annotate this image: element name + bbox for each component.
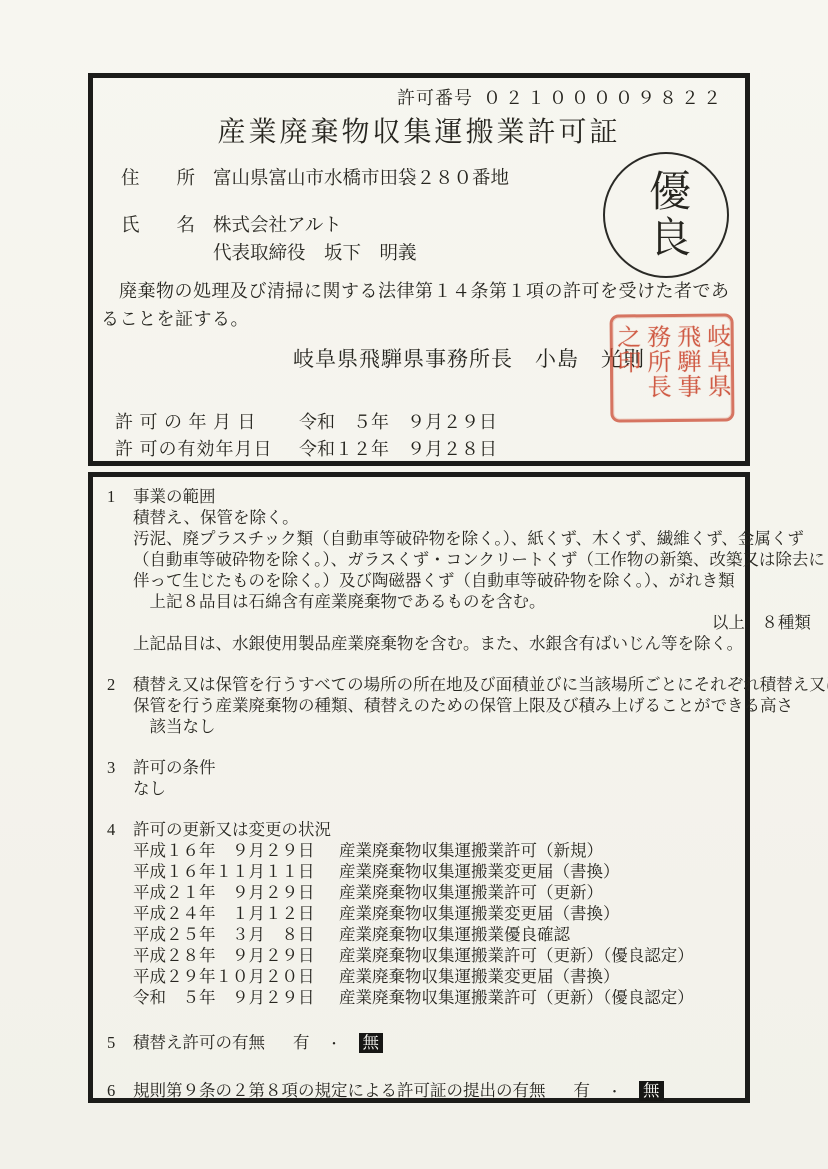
name-label: 氏 名 [121, 211, 213, 237]
excellent-stamp-text: 優良 [645, 169, 687, 261]
history-event: 産業廃棄物収集運搬業許可（更新）（優良認定） [339, 945, 694, 966]
history-row: 平成１６年１１月１１日 産業廃棄物収集運搬業変更届（書換） [133, 861, 729, 882]
section-permit-conditions: 3 許可の条件 なし [107, 757, 729, 799]
history-date: 平成２４年 １月１２日 [133, 903, 339, 924]
section-number: 4 [107, 819, 133, 1008]
history-date: 令和 ５年 ９月２９日 [133, 987, 339, 1008]
option-separator: ・ [328, 1033, 341, 1054]
history-date: 平成１６年 ９月２９日 [133, 840, 339, 861]
history-event: 産業廃棄物収集運搬業許可（更新）（優良認定） [339, 987, 694, 1008]
history-date: 平成１６年１１月１１日 [133, 861, 339, 882]
issuer-name: 岐阜県飛騨県事務所長 小島 光則 [293, 343, 645, 373]
history-row: 平成１６年 ９月２９日 産業廃棄物収集運搬業許可（新規） [133, 840, 729, 861]
option-yes: 有 [293, 1032, 310, 1053]
official-seal-text: 岐阜県飛騨事務所長之印 [613, 323, 732, 412]
scope-line: 伴って生じたものを除く。）及び陶磁器くず（自動車等破砕物を除く。）、がれき類 [133, 570, 825, 591]
section-number: 3 [107, 757, 133, 799]
transfer-line: 保管を行う産業廃棄物の種類、積替えのための保管上限及び積み上げることができる高さ [133, 695, 828, 716]
permit-header-box: 許可番号０２１００００９８２２ 産業廃棄物収集運搬業許可証 住 所 富山県富山市… [88, 73, 750, 466]
history-event: 産業廃棄物収集運搬業許可（新規） [339, 840, 603, 861]
address-label: 住 所 [121, 164, 213, 190]
history-event: 産業廃棄物収集運搬業変更届（書換） [339, 861, 620, 882]
option-no-selected: 無 [639, 1081, 664, 1101]
address-row: 住 所 富山県富山市水橋市田袋２８０番地 [121, 164, 509, 190]
document-title: 産業廃棄物収集運搬業許可証 [93, 110, 745, 150]
permit-number-line: 許可番号０２１００００９８２２ [397, 84, 725, 110]
scope-line: 積替え、保管を除く。 [133, 507, 825, 528]
sections-container: 1 事業の範囲 積替え、保管を除く。 汚泥、廃プラスチック類（自動車等破砕物を除… [93, 477, 745, 1102]
transfer-answer: 該当なし [133, 716, 828, 737]
permit-date-value: 令和 ５年 ９月２９日 [299, 408, 497, 434]
section-certificate-submission: 6 規則第９条の２第８項の規定による許可証の提出の有無 有 ・ 無 [107, 1080, 729, 1102]
conditions-answer: なし [133, 778, 729, 799]
history-row: 平成２４年 １月１２日 産業廃棄物収集運搬業変更届（書換） [133, 903, 729, 924]
scope-mercury-note: 上記品目は、水銀使用製品産業廃棄物を含む。また、水銀含有ばいじん等を除く。 [133, 633, 825, 654]
representative-name: 代表取締役 坂下 明義 [213, 239, 417, 265]
scope-line: 上記８品目は石綿含有産業廃棄物であるものを含む。 [133, 591, 825, 612]
history-event: 産業廃棄物収集運搬業優良確認 [339, 924, 570, 945]
section-title: 許可の更新又は変更の状況 [133, 819, 729, 840]
section-title: 許可の条件 [133, 757, 729, 778]
transfer-line: 積替え又は保管を行うすべての場所の所在地及び面積並びに当該場所ごとにそれぞれ積替… [133, 674, 828, 695]
history-row: 平成２１年 ９月２９日 産業廃棄物収集運搬業許可（更新） [133, 882, 729, 903]
section-number: 5 [107, 1032, 133, 1054]
history-row: 平成２８年 ９月２９日 産業廃棄物収集運搬業許可（更新）（優良認定） [133, 945, 729, 966]
scope-line: 汚泥、廃プラスチック類（自動車等破砕物を除く。）、紙くず、木くず、繊維くず、金属… [133, 528, 825, 549]
permit-details-box: 1 事業の範囲 積替え、保管を除く。 汚泥、廃プラスチック類（自動車等破砕物を除… [88, 472, 750, 1103]
submission-label: 規則第９条の２第８項の規定による許可証の提出の有無 [133, 1080, 546, 1101]
section-number: 1 [107, 486, 133, 654]
transfer-permit-label: 積替え許可の有無 [133, 1032, 265, 1053]
valid-date-row: 許 可の有効年月日 令和１２年 ９月２８日 [115, 435, 497, 461]
history-row: 平成２５年 ３月 ８日 産業廃棄物収集運搬業優良確認 [133, 924, 729, 945]
section-number: 6 [107, 1080, 133, 1102]
history-date: 平成２９年１０月２０日 [133, 966, 339, 987]
permit-date-label: 許 可 の 年 月 日 [115, 408, 299, 434]
option-no-selected: 無 [359, 1033, 384, 1053]
section-renewal-history: 4 許可の更新又は変更の状況 平成１６年 ９月２９日 産業廃棄物収集運搬業許可（… [107, 819, 729, 1008]
section-number: 2 [107, 674, 133, 737]
scope-total-note: 以上 ８種類 [133, 612, 825, 633]
section-transfer-permit-presence: 5 積替え許可の有無 有 ・ 無 [107, 1032, 729, 1054]
valid-date-label: 許 可の有効年月日 [115, 435, 299, 461]
section-title: 事業の範囲 [133, 486, 825, 507]
history-row: 令和 ５年 ９月２９日 産業廃棄物収集運搬業許可（更新）（優良認定） [133, 987, 729, 1008]
history-event: 産業廃棄物収集運搬業変更届（書換） [339, 903, 620, 924]
section-business-scope: 1 事業の範囲 積替え、保管を除く。 汚泥、廃プラスチック類（自動車等破砕物を除… [107, 486, 729, 654]
valid-date-value: 令和１２年 ９月２８日 [299, 435, 497, 461]
history-row: 平成２９年１０月２０日 産業廃棄物収集運搬業変更届（書換） [133, 966, 729, 987]
permit-date-row: 許 可 の 年 月 日 令和 ５年 ９月２９日 [115, 408, 497, 434]
official-red-seal: 岐阜県飛騨事務所長之印 [610, 313, 735, 422]
option-yes: 有 [574, 1080, 591, 1101]
option-separator: ・ [608, 1081, 621, 1102]
representative-row: 代表取締役 坂下 明義 [121, 239, 417, 265]
history-date: 平成２８年 ９月２９日 [133, 945, 339, 966]
history-date: 平成２５年 ３月 ８日 [133, 924, 339, 945]
company-name: 株式会社アルト [213, 211, 342, 237]
permit-number-label: 許可番号 [397, 88, 473, 108]
history-date: 平成２１年 ９月２９日 [133, 882, 339, 903]
scope-line: （自動車等破砕物を除く。）、ガラスくず・コンクリートくず（工作物の新築、改築又は… [133, 549, 825, 570]
permit-number-value: ０２１００００９８２２ [483, 88, 725, 108]
history-event: 産業廃棄物収集運搬業許可（更新） [339, 882, 603, 903]
address-value: 富山県富山市水橋市田袋２８０番地 [213, 164, 509, 190]
name-row: 氏 名 株式会社アルト [121, 211, 342, 237]
history-event: 産業廃棄物収集運搬業変更届（書換） [339, 966, 620, 987]
excellent-certification-stamp: 優良 [603, 152, 729, 278]
section-transfer-storage: 2 積替え又は保管を行うすべての場所の所在地及び面積並びに当該場所ごとにそれぞれ… [107, 674, 729, 737]
